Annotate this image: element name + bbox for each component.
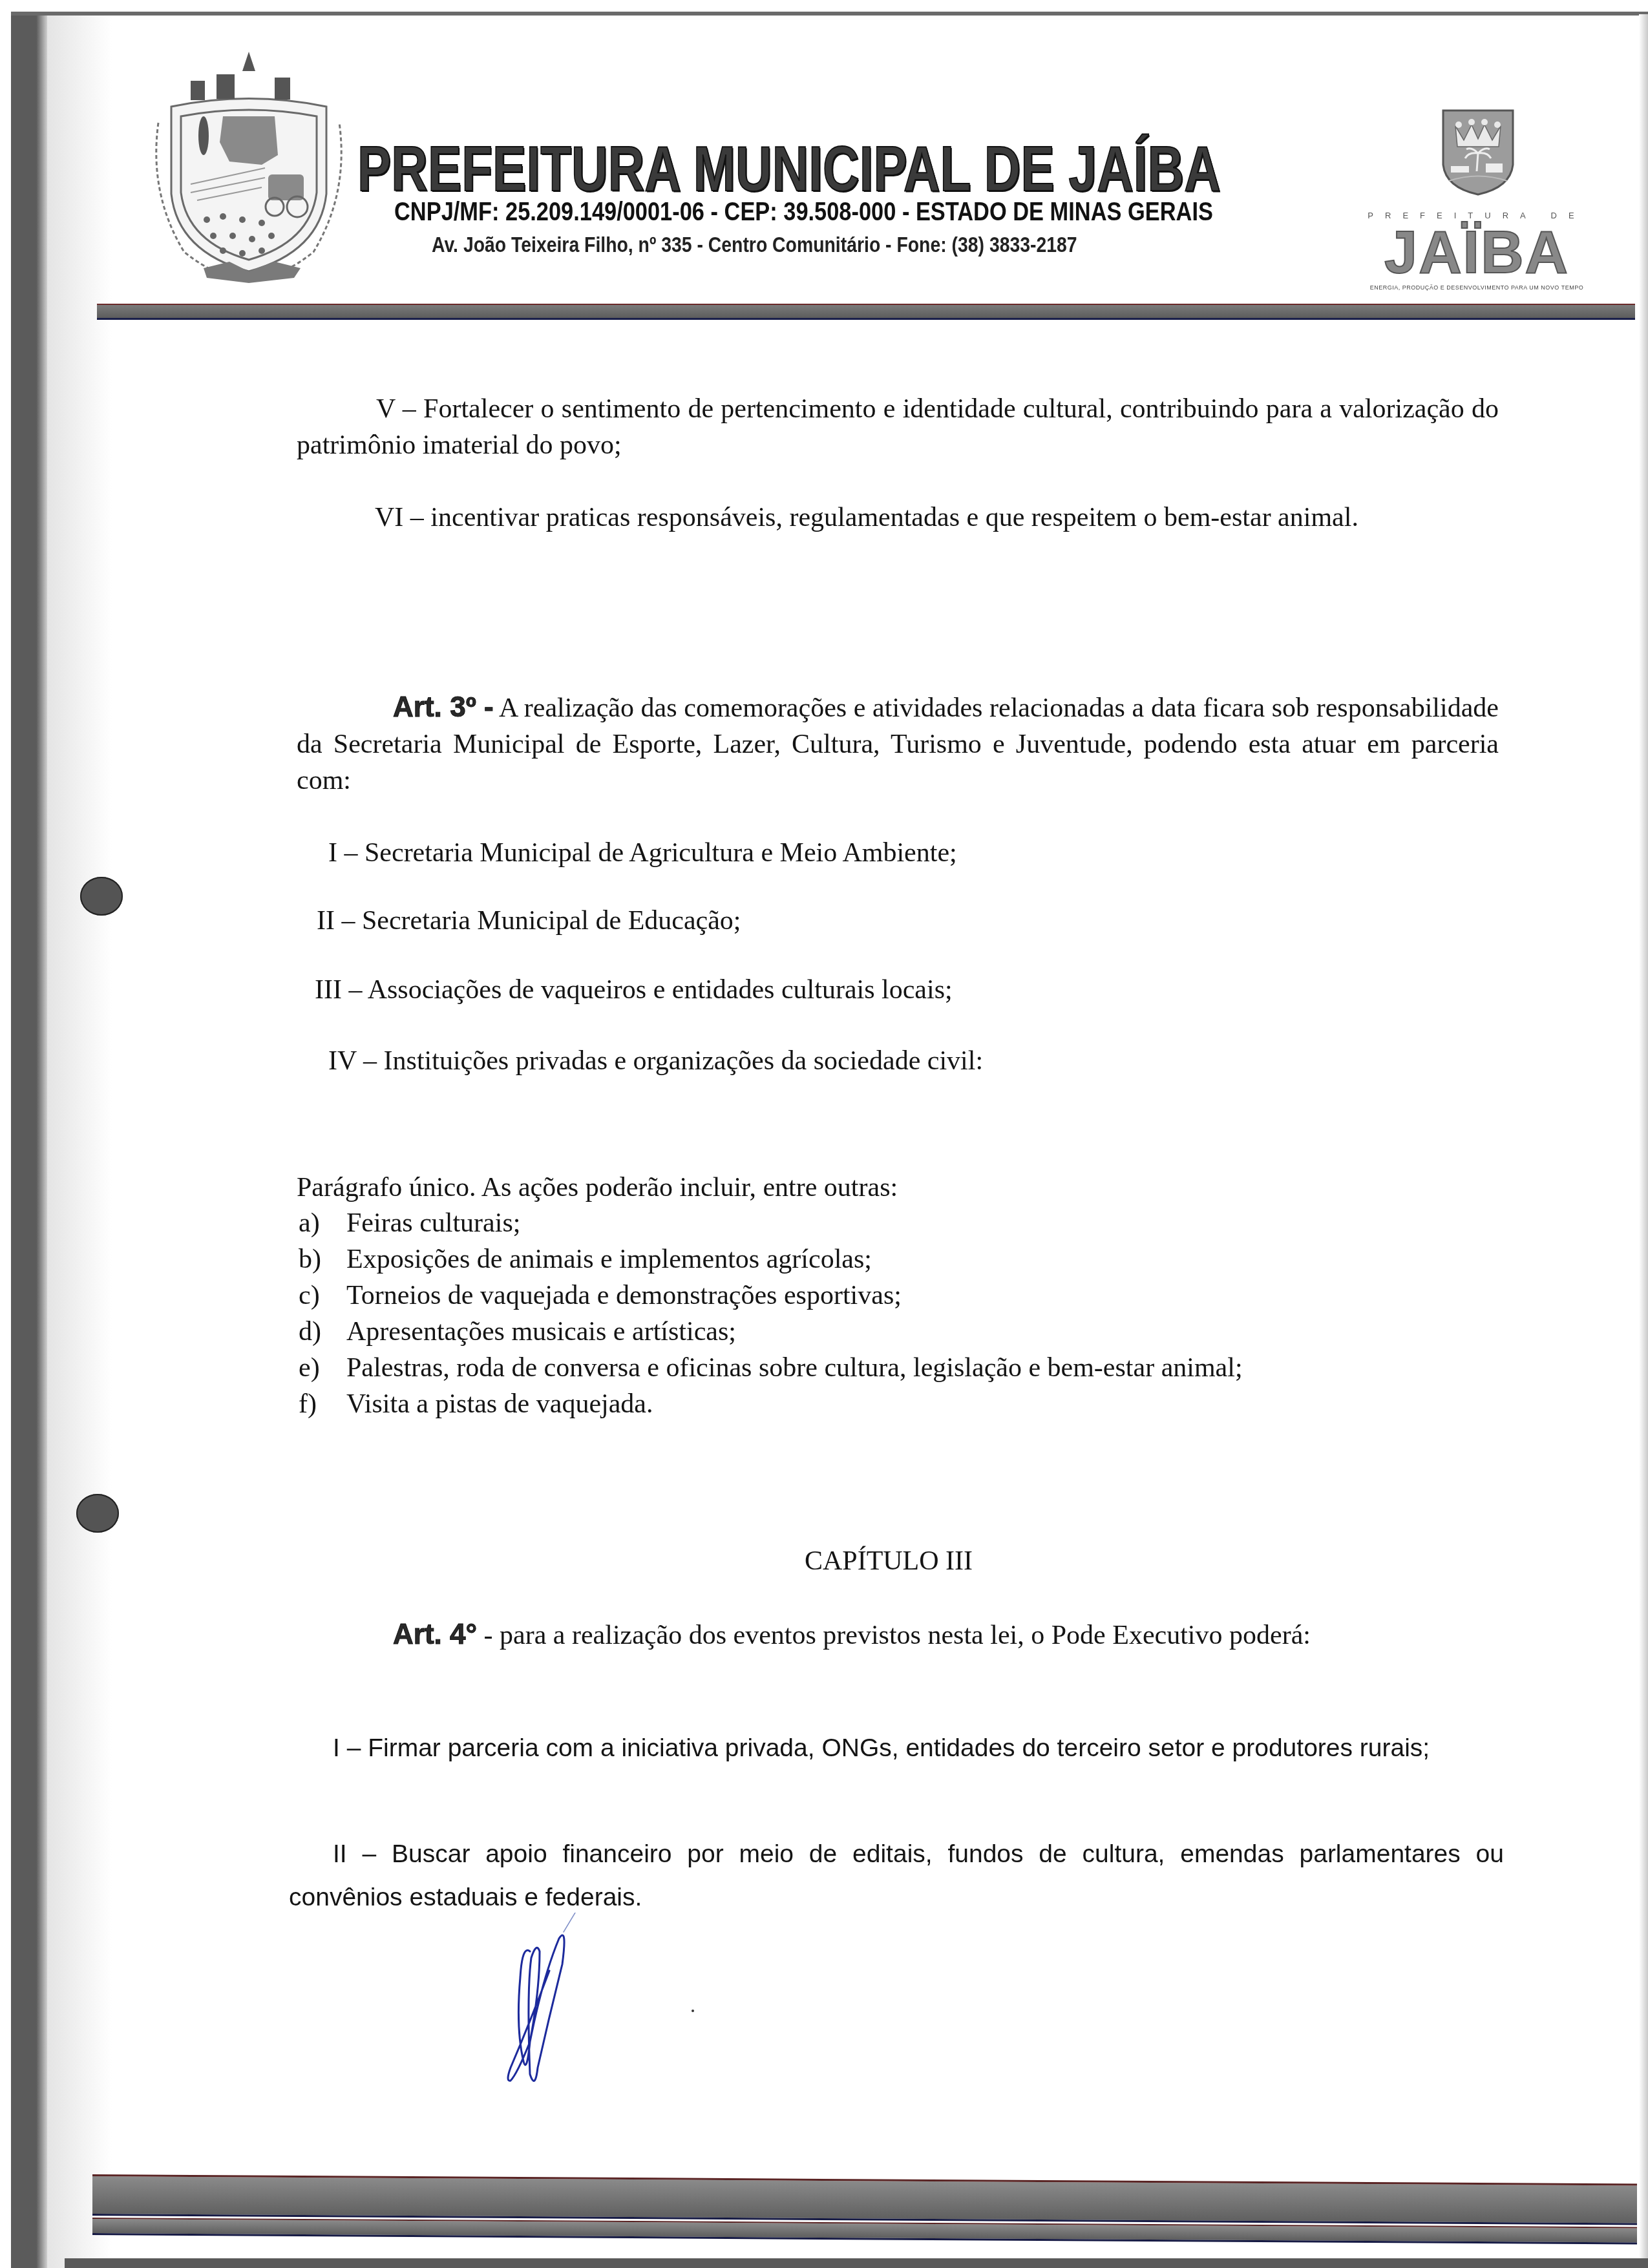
list-item: c)Torneios de vaquejada e demonstrações … xyxy=(299,1277,1243,1314)
list-item-text: Exposições de animais e implementos agrí… xyxy=(346,1244,872,1274)
crown-shield-icon xyxy=(1439,107,1517,197)
item-vi-paragraph: VI – incentivar praticas responsáveis, r… xyxy=(375,499,1358,536)
scan-edge-top xyxy=(11,12,1648,16)
handwritten-signature xyxy=(491,1913,588,2100)
list-item: a)Feiras culturais; xyxy=(299,1205,1243,1241)
letterhead-cnpj-line: CNPJ/MF: 25.209.149/0001-06 - CEP: 39.50… xyxy=(394,198,1213,227)
logo-tagline: ENERGIA, PRODUÇÃO E DESENVOLVIMENTO PARA… xyxy=(1357,284,1596,291)
article-4-item-ii: II – Buscar apoio financeiro por meio de… xyxy=(289,1832,1504,1919)
list-item: e)Palestras, roda de conversa e oficinas… xyxy=(299,1350,1243,1386)
coat-of-arms-icon xyxy=(145,45,352,284)
list-item-text: Feiras culturais; xyxy=(346,1208,520,1238)
punch-hole xyxy=(76,1494,119,1533)
item-v-text: V – Fortalecer o sentimento de pertencim… xyxy=(297,394,1499,460)
list-item: d)Apresentações musicais e artísticas; xyxy=(299,1314,1243,1350)
paragrafo-unico-intro: Parágrafo único. As ações poderão inclui… xyxy=(297,1170,898,1206)
scan-edge-bottom xyxy=(65,2258,1648,2268)
article-3-label: Art. 3º - xyxy=(393,691,494,723)
punch-hole xyxy=(80,877,123,916)
article-4-item-i-text: I – Firmar parceria com a iniciativa pri… xyxy=(333,1734,1430,1762)
logo-prefix-text: PREFEITURA DE xyxy=(1367,211,1587,220)
scan-speck xyxy=(692,2010,694,2012)
article-3-item-i: I – Secretaria Municipal de Agricultura … xyxy=(328,835,957,871)
list-item-text: Visita a pistas de vaquejada. xyxy=(346,1389,653,1419)
scan-edge-fade xyxy=(47,14,112,2268)
list-item-letter: c) xyxy=(299,1277,346,1314)
article-4-text: - para a realização dos eventos previsto… xyxy=(477,1621,1311,1650)
list-item-letter: d) xyxy=(299,1314,346,1350)
item-v-paragraph: V – Fortalecer o sentimento de pertencim… xyxy=(297,391,1499,463)
article-4-item-i: I – Firmar parceria com a iniciativa pri… xyxy=(289,1727,1504,1770)
list-item-text: Torneios de vaquejada e demonstrações es… xyxy=(346,1281,902,1310)
header-divider-bar xyxy=(97,304,1635,320)
article-4-label: Art. 4° xyxy=(393,1619,477,1650)
article-3-item-iii: III – Associações de vaqueiros e entidad… xyxy=(315,972,953,1008)
list-item-letter: b) xyxy=(299,1241,346,1277)
list-item: b)Exposições de animais e implementos ag… xyxy=(299,1241,1243,1277)
list-item-text: Apresentações musicais e artísticas; xyxy=(346,1317,736,1347)
list-item-text: Palestras, roda de conversa e oficinas s… xyxy=(346,1353,1243,1383)
article-3-item-ii: II – Secretaria Municipal de Educação; xyxy=(317,903,741,939)
scan-edge-right xyxy=(1639,14,1648,2268)
footer-divider-bar-thick xyxy=(92,2174,1637,2225)
scan-edge-shadow-left xyxy=(11,14,47,2268)
logo-wordmark: JAÏBA xyxy=(1367,223,1587,282)
chapter-heading: CAPÍTULO III xyxy=(65,1543,1648,1579)
article-3-item-iv: IV – Instituições privadas e organizaçõe… xyxy=(328,1043,983,1079)
article-3: Art. 3º - A realização das comemorações … xyxy=(297,689,1499,799)
list-item-letter: f) xyxy=(299,1386,346,1422)
paragrafo-unico-list: a)Feiras culturais; b)Exposições de anim… xyxy=(299,1205,1243,1422)
article-4: Art. 4° - para a realização dos eventos … xyxy=(393,1617,1311,1654)
article-4-item-ii-text: II – Buscar apoio financeiro por meio de… xyxy=(289,1840,1504,1911)
letterhead-title: PREFEITURA MUNICIPAL DE JAÍBA xyxy=(357,132,1221,205)
list-item-letter: e) xyxy=(299,1350,346,1386)
letterhead-address-line: Av. João Teixeira Filho, nº 335 - Centro… xyxy=(432,233,1077,257)
list-item-letter: a) xyxy=(299,1205,346,1241)
list-item: f)Visita a pistas de vaquejada. xyxy=(299,1386,1243,1422)
